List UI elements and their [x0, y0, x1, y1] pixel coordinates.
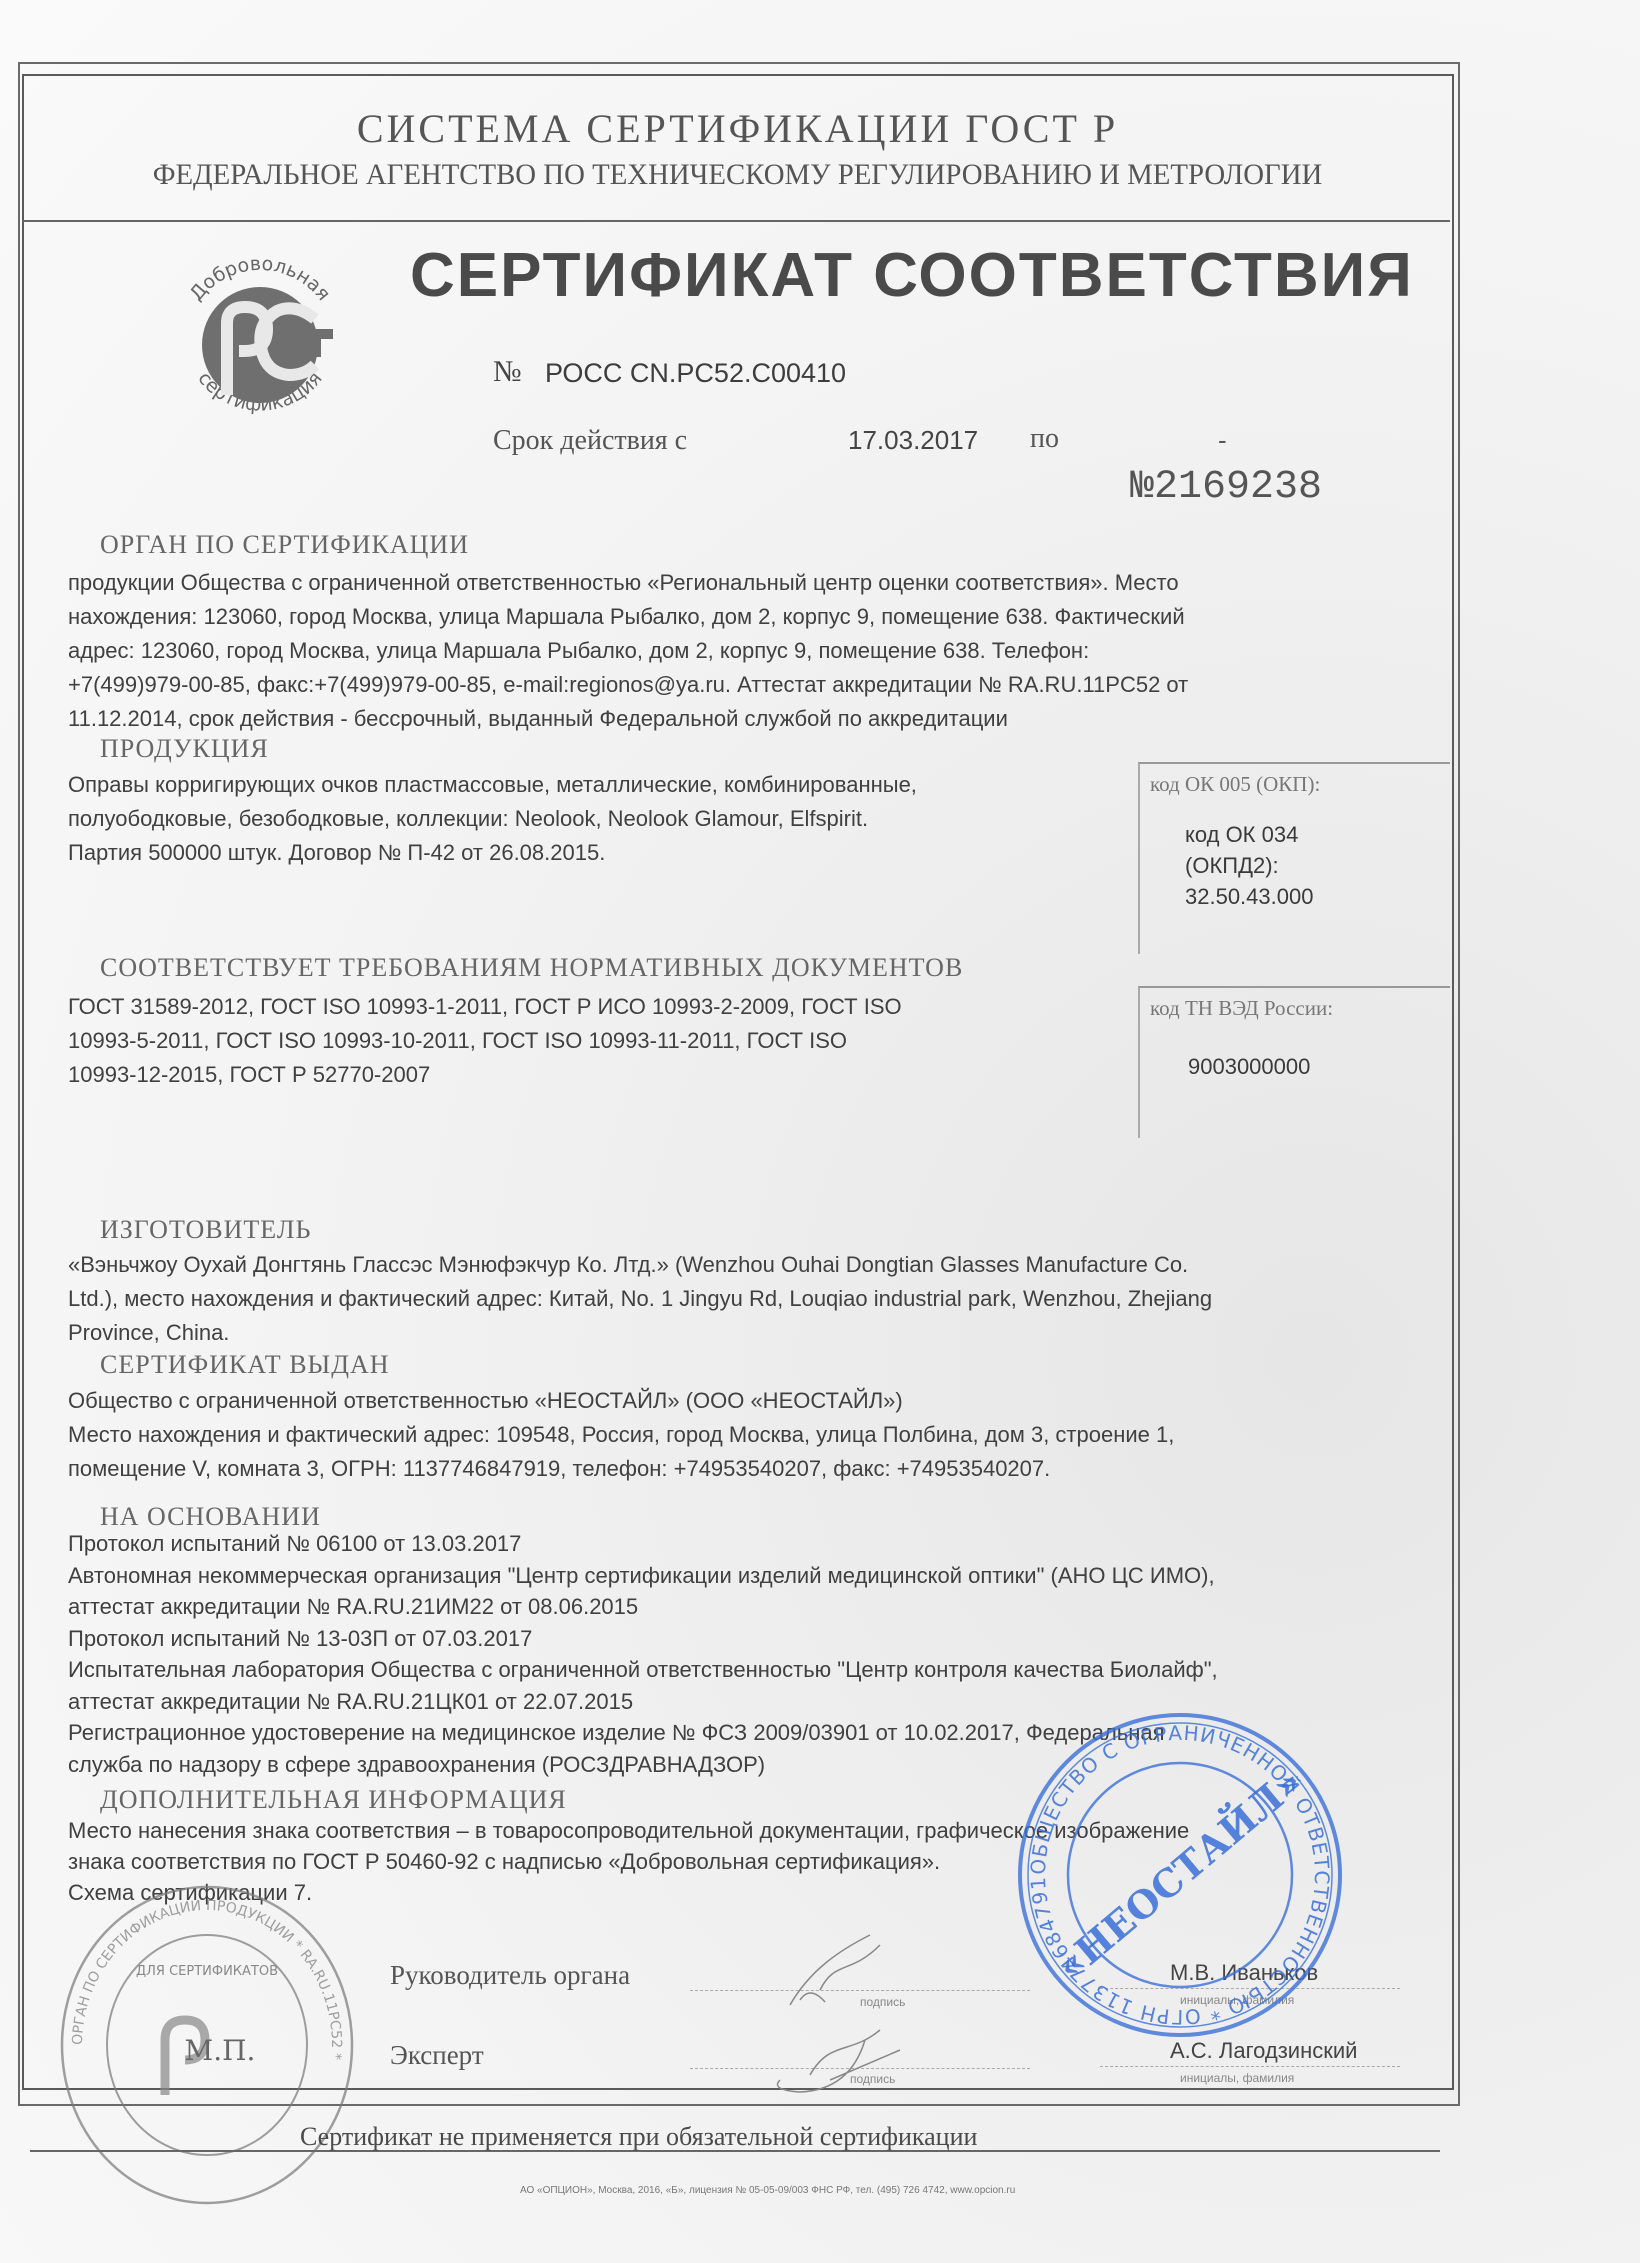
stamp-inner-text: ДЛЯ СЕРТИФИКАТОВ: [136, 1964, 278, 1979]
company-stamp-icon: ОБЩЕСТВО С ОГРАНИЧЕННОЙ ОТВЕТСТВЕННОСТЬЮ…: [1010, 1705, 1350, 2045]
manufacturer-text: «Вэньчжоу Оухай Донгтянь Глассэс Мэнюфэк…: [68, 1248, 1468, 1350]
certification-body-stamp-icon: ОРГАН ПО СЕРТИФИКАЦИИ ПРОДУКЦИИ * RA.RU.…: [55, 1880, 360, 2210]
valid-from-date: 17.03.2017: [848, 425, 978, 456]
okp-code-box: код ОК 005 (ОКП): код ОК 034 (ОКПД2): 32…: [1138, 762, 1450, 954]
okpd2-label: (ОКПД2):: [1140, 850, 1450, 881]
printer-imprint: АО «ОПЦИОН», Москва, 2016, «Б», лицензия…: [520, 2185, 1015, 2196]
okp-code-label: код ОК 005 (ОКП):: [1140, 764, 1450, 797]
expert-label: Эксперт: [390, 2040, 484, 2071]
stamp-mp-text: М.П.: [185, 2034, 256, 2067]
valid-to-date: -: [1218, 425, 1227, 456]
tnved-code-label: код ТН ВЭД России:: [1140, 988, 1450, 1021]
head-signature-icon: [780, 1930, 920, 2015]
text-line: адрес: 123060, город Москва, улица Марша…: [68, 634, 1468, 668]
number-sign: №: [493, 355, 522, 389]
okpd2-label: код ОК 034: [1140, 819, 1450, 850]
text-line: 10993-12-2015, ГОСТ Р 52770-2007: [68, 1058, 1138, 1092]
expert-name-line: [1100, 2066, 1400, 2067]
agency-title: ФЕДЕРАЛЬНОЕ АГЕНТСТВО ПО ТЕХНИЧЕСКОМУ РЕ…: [30, 158, 1446, 192]
tnved-code: 9003000000: [1140, 1051, 1450, 1082]
expert-signature-icon: [770, 2020, 920, 2105]
text-line: 11.12.2014, срок действия - бессрочный, …: [68, 702, 1468, 736]
text-line: аттестат аккредитации № RA.RU.21ИМ22 от …: [68, 1591, 1468, 1623]
standards-text: ГОСТ 31589-2012, ГОСТ ISO 10993-1-2011, …: [68, 990, 1138, 1092]
text-line: 10993-5-2011, ГОСТ ISO 10993-10-2011, ГО…: [68, 1024, 1138, 1058]
text-line: продукции Общества с ограниченной ответс…: [68, 566, 1468, 600]
section-title-standards: СООТВЕТСТВУЕТ ТРЕБОВАНИЯМ НОРМАТИВНЫХ ДО…: [100, 953, 963, 983]
valid-to-label: по: [1030, 423, 1059, 455]
product-text: Оправы корригирующих очков пластмассовые…: [68, 768, 1138, 870]
text-line: полуободковые, безободковые, коллекции: …: [68, 802, 1138, 836]
expert-name-hint: инициалы, фамилия: [1180, 2071, 1294, 2085]
rst-logo-icon: Добровольная сертификация: [165, 245, 355, 435]
issued-to-text: Общество с ограниченной ответственностью…: [68, 1384, 1468, 1486]
text-line: нахождения: 123060, город Москва, улица …: [68, 600, 1468, 634]
section-title-issued-to: СЕРТИФИКАТ ВЫДАН: [100, 1350, 390, 1380]
tnved-code-box: код ТН ВЭД России: 9003000000: [1138, 986, 1450, 1138]
voluntary-notice: Сертификат не применяется при обязательн…: [300, 2122, 977, 2152]
text-line: Партия 500000 штук. Договор № П-42 от 26…: [68, 836, 1138, 870]
text-line: Испытательная лаборатория Общества с огр…: [68, 1654, 1468, 1686]
text-line: помещение V, комната 3, ОГРН: 1137746847…: [68, 1452, 1468, 1486]
text-line: «Вэньчжоу Оухай Донгтянь Глассэс Мэнюфэк…: [68, 1248, 1468, 1282]
certificate-number: РОСС CN.PC52.C00410: [545, 358, 846, 389]
blank-number: №2169238: [1130, 465, 1322, 510]
certificate-page: СИСТЕМА СЕРТИФИКАЦИИ ГОСТ Р ФЕДЕРАЛЬНОЕ …: [0, 0, 1640, 2263]
section-title-certification-body: ОРГАН ПО СЕРТИФИКАЦИИ: [100, 530, 469, 560]
certification-body-text: продукции Общества с ограниченной ответс…: [68, 566, 1468, 736]
head-of-body-label: Руководитель органа: [390, 1960, 630, 1991]
section-title-product: ПРОДУКЦИЯ: [100, 734, 269, 764]
text-line: Автономная некоммерческая организация "Ц…: [68, 1560, 1468, 1592]
text-line: ГОСТ 31589-2012, ГОСТ ISO 10993-1-2011, …: [68, 990, 1138, 1024]
text-line: Место нахождения и фактический адрес: 10…: [68, 1418, 1468, 1452]
section-title-manufacturer: ИЗГОТОВИТЕЛЬ: [100, 1215, 311, 1245]
text-line: Оправы корригирующих очков пластмассовые…: [68, 768, 1138, 802]
okpd2-code: 32.50.43.000: [1140, 881, 1450, 912]
section-title-additional: ДОПОЛНИТЕЛЬНАЯ ИНФОРМАЦИЯ: [100, 1785, 567, 1815]
text-line: Протокол испытаний № 13-03П от 07.03.201…: [68, 1623, 1468, 1655]
text-line: Province, China.: [68, 1316, 1468, 1350]
text-line: +7(499)979-00-85, факс:+7(499)979-00-85,…: [68, 668, 1468, 702]
company-stamp-center: «НЕОСТАЙЛ»: [1047, 1757, 1310, 1989]
system-title: СИСТЕМА СЕРТИФИКАЦИИ ГОСТ Р: [0, 105, 1475, 152]
text-line: Протокол испытаний № 06100 от 13.03.2017: [68, 1528, 1468, 1560]
text-line: Общество с ограниченной ответственностью…: [68, 1384, 1468, 1418]
header-divider: [22, 220, 1450, 222]
text-line: Ltd.), место нахождения и фактический ад…: [68, 1282, 1468, 1316]
certificate-title: СЕРТИФИКАТ СООТВЕТСТВИЯ: [410, 240, 1414, 311]
validity-label: Срок действия с: [493, 425, 687, 457]
